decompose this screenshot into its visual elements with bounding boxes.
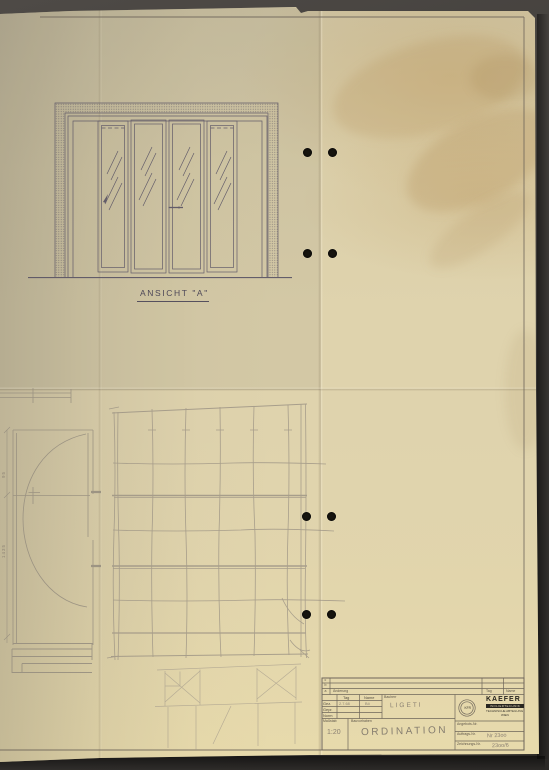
field-value: Nr 23oo: [487, 734, 507, 740]
sign-col-tag: Tag: [343, 696, 349, 700]
elevation-drawing: [28, 103, 292, 278]
field-value: 23oo/6: [492, 743, 509, 749]
punch-hole: [328, 249, 337, 258]
rev-col-name: Name: [506, 690, 515, 694]
pencil-frame-sketch: [155, 664, 302, 750]
plan-dimension: 1435: [2, 544, 7, 558]
sign-row-label: Norm: [323, 714, 333, 718]
revision-letter: a: [325, 690, 327, 694]
client-value: LIGETI: [390, 703, 423, 710]
sign-row-tag: 2.7.68: [339, 702, 350, 706]
punch-hole: [303, 148, 312, 157]
company-name: KAEFER: [486, 696, 521, 703]
client-label: Bauherr: [384, 696, 396, 700]
drawing-artwork: [0, 0, 549, 770]
scale-value: 1:20: [327, 729, 341, 736]
punch-hole: [302, 610, 311, 619]
sign-row-label: Gepr.: [323, 708, 333, 712]
company-city: WIEN: [501, 714, 509, 717]
pencil-grid: [107, 404, 345, 660]
project-label: Bauvorhaben: [351, 720, 372, 724]
revision-letter: b: [325, 684, 327, 688]
company-division-band: ISOLIERTECHNIK: [486, 704, 524, 709]
drawing-sheet: ANSICHT "A" 1435 95 c b a Änderung Tag N…: [0, 0, 549, 770]
punch-hole: [327, 512, 336, 521]
plan-dimension: 95: [2, 471, 7, 478]
punch-hole: [302, 512, 311, 521]
revision-note-label: Änderung: [333, 690, 348, 694]
field-label: Auftrags-Nr.: [457, 733, 476, 737]
punch-hole: [328, 148, 337, 157]
company-stamp: KFR: [465, 707, 471, 710]
sign-col-name: Name: [364, 696, 374, 700]
sign-row-name: Bö: [365, 702, 370, 706]
photo-of-drawing: ANSICHT "A" 1435 95 c b a Änderung Tag N…: [0, 0, 549, 770]
scale-label: Maßstab: [323, 720, 337, 724]
caption-underline: [137, 301, 209, 302]
sign-row-label: Gez.: [323, 702, 331, 706]
punch-hole: [303, 249, 312, 258]
elevation-caption: ANSICHT "A": [140, 289, 208, 298]
revision-letter: c: [325, 679, 327, 683]
field-label: Zeichnungs-Nr.: [457, 743, 481, 747]
pencil-plan: [0, 388, 101, 673]
punch-hole: [327, 610, 336, 619]
rev-col-tag: Tag: [486, 690, 492, 694]
paper-shadow-right: [537, 14, 549, 759]
field-label: Angebots-Nr.: [457, 723, 477, 727]
